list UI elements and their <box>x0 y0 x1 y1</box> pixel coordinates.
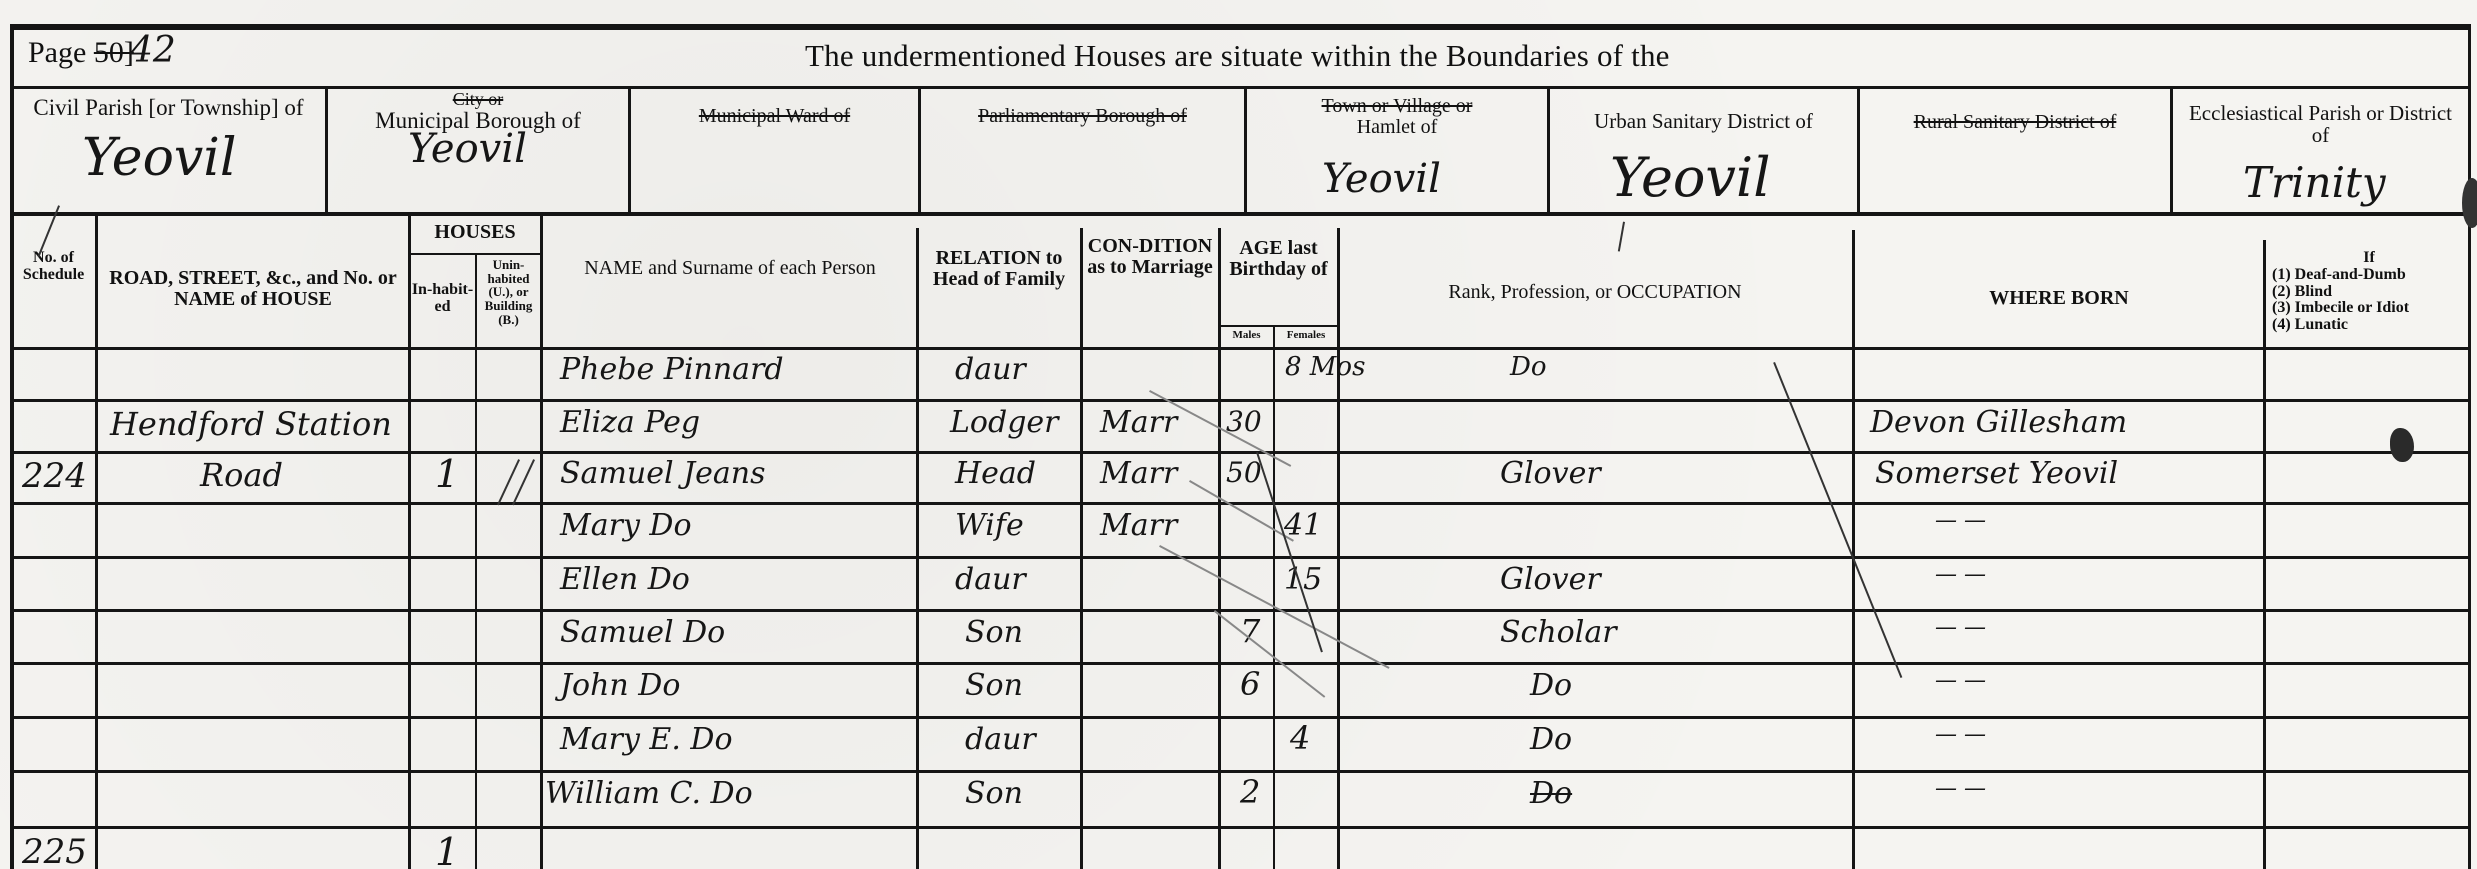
cell-male-age: 6 <box>1240 665 1260 703</box>
cell-relation: Lodger <box>950 405 1059 440</box>
civil-parish-field: Civil Parish [or Township] of Yeovil <box>12 88 325 216</box>
row-rule <box>12 502 2468 505</box>
cell-where-born: — — <box>1935 615 1986 640</box>
cell-schedule: 225 <box>22 832 87 869</box>
rural-sanitary-field: Rural Sanitary District of <box>1860 88 2170 216</box>
ecclesiastical-parish-field: Ecclesiastical Parish or District of Tri… <box>2173 88 2468 216</box>
cell-occupation: Do <box>1530 668 1572 703</box>
houses-subrule <box>410 253 540 255</box>
cell-relation: Head <box>955 456 1036 491</box>
row-rule <box>12 399 2468 402</box>
col-header-occupation: Rank, Profession, or OCCUPATION <box>1340 282 1850 303</box>
cell-where-born: — — <box>1935 562 1986 587</box>
col-header-uninhabited: Unin-habited (U.), or Building (B.) <box>477 258 540 326</box>
census-page: Page 50] 42 The undermentioned Houses ar… <box>0 0 2477 869</box>
cell-occupation: Do <box>1510 352 1547 382</box>
cell-where-born: Somerset Yeovil <box>1875 456 2118 491</box>
col-rule <box>1852 230 1855 869</box>
cell-relation: Wife <box>955 508 1024 543</box>
cell-relation: Son <box>965 668 1023 703</box>
cell-road: Road <box>200 456 283 494</box>
cell-male-age: 2 <box>1240 773 1260 811</box>
cell-where-born: — — <box>1935 776 1986 801</box>
cell-condition: Marr <box>1100 508 1177 543</box>
cell-female-age: 8 Mos <box>1285 352 1365 382</box>
col-header-males: Males <box>1220 330 1273 342</box>
cell-inhabited: 1 <box>435 452 459 496</box>
cell-occupation: Do <box>1530 776 1572 811</box>
tally-stroke <box>1256 452 1323 652</box>
cell-occupation: Do <box>1530 722 1572 757</box>
cell-female-age: 4 <box>1290 719 1310 757</box>
town-village-field: Town or Village or Hamlet of Yeovil <box>1247 88 1547 216</box>
col-header-age: AGE last Birthday of <box>1220 238 1337 280</box>
cell-name: William C. Do <box>545 776 753 811</box>
cell-name: Mary Do <box>560 508 692 543</box>
cell-occupation: Scholar <box>1500 615 1617 650</box>
cell-where-born: Devon Gillesham <box>1870 405 2127 440</box>
cell-road: Hendford Station <box>110 405 392 443</box>
cell-where-born: — — <box>1935 722 1986 747</box>
cell-occupation: Glover <box>1500 562 1601 597</box>
cell-male-age: 50 <box>1226 456 1262 489</box>
col-header-name: NAME and Surname of each Person <box>545 258 915 279</box>
urban-sanitary-field: Urban Sanitary District of Yeovil <box>1550 88 1857 216</box>
parliamentary-borough-field: Parliamentary Borough of <box>921 88 1244 216</box>
cell-name: Ellen Do <box>560 562 690 597</box>
age-subrule <box>1220 325 1337 327</box>
col-rule <box>1273 325 1275 869</box>
row-rule <box>12 716 2468 719</box>
cell-inhabited: 1 <box>435 830 459 869</box>
cell-condition: Marr <box>1100 456 1177 491</box>
col-header-females: Females <box>1275 330 1337 342</box>
cell-name: Samuel Jeans <box>560 456 765 491</box>
cell-condition: Marr <box>1100 405 1177 440</box>
municipal-borough-field: City or Municipal Borough of Yeovil <box>328 88 628 216</box>
cell-where-born: — — <box>1935 508 1986 533</box>
col-header-road: ROAD, STREET, &c., and No. or NAME of HO… <box>98 268 408 310</box>
civil-parish-value: Yeovil <box>82 128 237 188</box>
col-header-inhabited: In-habit-ed <box>410 282 475 316</box>
row-rule <box>12 451 2468 454</box>
col-rule <box>2263 240 2266 869</box>
col-header-where-born: WHERE BORN <box>1855 288 2263 309</box>
cell-relation: daur <box>965 722 1036 757</box>
cell-relation: daur <box>955 562 1026 597</box>
municipal-borough-value: Yeovil <box>408 126 527 172</box>
municipal-ward-field: Municipal Ward of <box>631 88 918 216</box>
tally-stroke <box>1189 480 1294 542</box>
col-header-relation: RELATION to Head of Family <box>918 248 1080 290</box>
cell-name: Mary E. Do <box>560 722 733 757</box>
cell-relation: Son <box>965 776 1023 811</box>
ink-blot <box>2390 428 2414 462</box>
cell-relation: Son <box>965 615 1023 650</box>
ecclesiastical-parish-value: Trinity <box>2243 158 2386 207</box>
cell-name: Eliza Peg <box>560 405 700 440</box>
town-village-value: Yeovil <box>1322 156 1441 202</box>
col-header-condition: CON-DITION as to Marriage <box>1082 236 1218 278</box>
cell-where-born: — — <box>1935 668 1986 693</box>
col-header-schedule: No. of Schedule <box>12 250 95 284</box>
top-border <box>10 24 2470 30</box>
row-rule <box>12 826 2468 829</box>
page-number: 42 <box>130 30 176 71</box>
cell-name: Phebe Pinnard <box>560 352 784 387</box>
page-title: The undermentioned Houses are situate wi… <box>805 40 1670 73</box>
header-bottom-rule <box>12 347 2468 350</box>
page-struck-number: 50] <box>94 36 134 69</box>
ink-blot <box>2462 178 2477 228</box>
col-header-houses: HOUSES <box>410 222 540 243</box>
urban-sanitary-value: Yeovil <box>1610 146 1770 209</box>
col-header-infirmity: If (1) Deaf-and-Dumb (2) Blind (3) Imbec… <box>2266 250 2466 334</box>
page-label: Page 50] <box>28 36 134 70</box>
tally-stroke <box>1618 222 1625 252</box>
cell-name: Samuel Do <box>560 615 725 650</box>
row-rule <box>12 556 2468 559</box>
cell-relation: daur <box>955 352 1026 387</box>
cell-occupation: Glover <box>1500 456 1601 491</box>
right-border <box>2468 24 2471 869</box>
cell-name: John Do <box>560 668 680 703</box>
cell-schedule: 224 <box>22 456 87 496</box>
